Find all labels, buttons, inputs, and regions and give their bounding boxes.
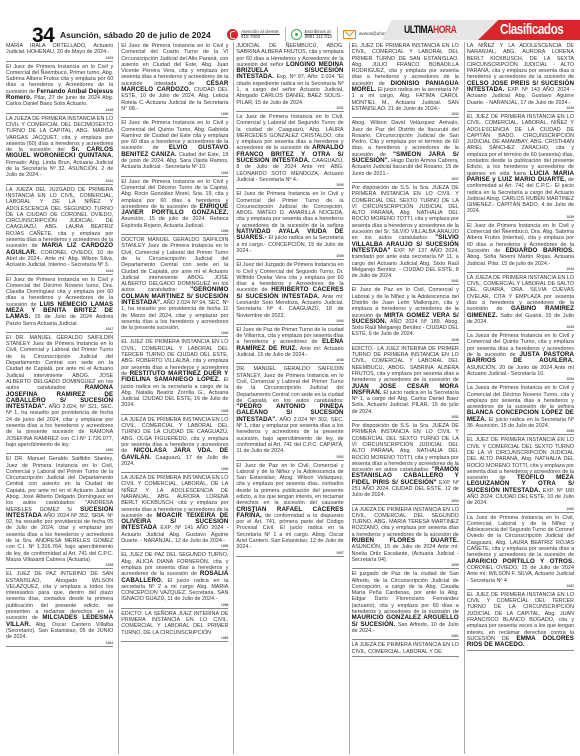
notice-code: 1047 xyxy=(6,327,113,331)
legal-notice: La Juez de Primera Instancia en lo Civil… xyxy=(236,113,343,189)
notice-body: EDICTO.- LA JUEZ INTERINA DE PRIMER TURN… xyxy=(352,346,459,383)
notice-code: 1044 xyxy=(6,269,113,273)
legal-notice: La Jueza de Primera Instancia en lo Civi… xyxy=(467,332,574,383)
legal-notice: La Juez de Primera Instancia en lo Civil… xyxy=(467,514,574,590)
legal-notice: EL JUEZ DE PRIMERA INSTANCIA EN LO CIVIL… xyxy=(467,113,574,221)
mail-icon xyxy=(343,30,356,39)
column-5: LA NIÑEZ Y LA ADOLESCENCIA DE NARANJAL, … xyxy=(464,42,576,754)
notice-code: 1062 xyxy=(467,584,574,588)
notice-code: 1033 xyxy=(121,171,228,175)
notice-code: 1038 xyxy=(6,108,113,112)
notice-body: El DR. Manuel Geraldo Saifildin Stanley,… xyxy=(6,456,113,512)
notice-code: 1044 xyxy=(467,267,574,271)
legal-notice: El DR. Manuel Geraldo Saifildin Stanley,… xyxy=(6,455,113,569)
page-header: 34 Asunción, sábado 20 de julio de 2024 … xyxy=(0,0,580,40)
legal-notice: EL JUEZ DE PRIMERA INSTANCIA EN LO CIVIL… xyxy=(352,42,459,118)
notice-signature: Firmado: Abg. Linda Brun, Actuaria Judic… xyxy=(6,160,113,179)
legal-notice: El Juez de Paz de Primer Turno de la ciu… xyxy=(236,326,343,364)
notice-code: 1046 xyxy=(352,338,459,342)
notice-signature: Abog. Sofía Noemí Martín Rojas, Actuaria… xyxy=(467,254,574,266)
column-1: MARÍA IRALA ORTELLADO, Actuario Judicial… xyxy=(4,42,115,754)
legal-notice: EL JUEZ DE PAZ DEL SEGUNDO TURNO, Abg. A… xyxy=(121,551,228,608)
legal-notice: El Juez de Primera Instancia en lo Civil… xyxy=(6,276,113,333)
legal-notice: EL JUEZ DE PRIMERA INSTANCIA EN LO CIVIL… xyxy=(121,338,228,414)
notice-code: 1060 xyxy=(467,507,574,511)
notice-body: MARÍA IRALA ORTELLADO, Actuario Judicial… xyxy=(6,43,113,55)
legal-notice: El Juez de Paz en lo Civil, Comercial y … xyxy=(236,462,343,557)
whatsapp-icon xyxy=(291,29,302,40)
notice-code: 1049 xyxy=(121,467,228,471)
legal-notice: LA JUEZA DE PRIMERA INSTANCIA EN LO CIVI… xyxy=(352,506,459,570)
legal-notice: El DR. MANUEL GERALDO SAIFILDIN STANLEY … xyxy=(6,334,113,454)
notice-code: 1031 xyxy=(236,106,343,110)
legal-notice: El Juez de Primera Instancia en lo Civil… xyxy=(236,190,343,260)
notice-code: 1034 xyxy=(467,106,574,110)
legal-notice: LA NIÑEZ Y LA ADOLESCENCIA DE NARANJAL, … xyxy=(467,42,574,112)
notice-signature: Asunción, 15 de julio de 2024. Rebeca Es… xyxy=(121,216,228,228)
notice-body: El DR. MANUEL GERALDO SAIFILDIN STANLEY … xyxy=(6,335,113,391)
notice-code: 1036 xyxy=(121,229,228,233)
notice-code: 1041 xyxy=(352,279,459,283)
legal-notice: El Juez de Primera Instancia en lo Civil… xyxy=(6,63,113,114)
notice-code: 1040 xyxy=(121,331,228,335)
notice-code: 1039 xyxy=(236,254,343,258)
notice-deceased-name: EDUARDO BARRIOS. xyxy=(505,247,574,254)
notice-body: La Jueza de Primera Instancia en lo Civi… xyxy=(467,385,574,410)
legal-notice: El Juez del Juzgado de Primera Instancia… xyxy=(236,261,343,325)
notice-body: DR. MANUEL GERALDO SAIFILDIN STANLEY, Ju… xyxy=(236,366,343,403)
notice-body: EDICTO. LA SEÑORA JUEZ INTERINA DE PRIME… xyxy=(121,611,228,636)
notice-code: 1054 xyxy=(352,499,459,503)
notice-signature: de conformidad al Art. 741 del C.P.C.- E… xyxy=(467,177,574,214)
notice-code: 1030 xyxy=(121,112,228,116)
notice-code: 1051 xyxy=(352,415,459,419)
notice-body: El Juez de Primera Instancia en lo Civil… xyxy=(236,191,343,228)
notice-body: La Juez de Primera Instancia en lo Civil… xyxy=(467,515,574,559)
notice-code: 1053 xyxy=(121,544,228,548)
notice-code: 1035 xyxy=(236,183,343,187)
legal-notice: MARÍA IRALA ORTELLADO, Actuario Judicial… xyxy=(6,42,113,62)
notice-code: 1043 xyxy=(236,319,343,323)
legal-notice: La Jueza de Primera Instancia en lo Civi… xyxy=(467,384,574,435)
logo-part2: HORA xyxy=(433,24,456,36)
notice-signature: AÑO 2.024 Nº 302, SEC. Nº 1, citar y emp… xyxy=(236,417,343,454)
notice-code: 1061 xyxy=(352,634,459,638)
phone-icon xyxy=(227,29,238,40)
notice-code: 1048 xyxy=(236,358,343,362)
notice-body: LA NIÑEZ Y LA ADOLESCENCIA DE NARANJAL, … xyxy=(467,43,574,80)
notice-code: 1042 xyxy=(6,179,113,183)
legal-notice: LA JUEZA DE PRIMERA INSTANCIA EN LO CIVI… xyxy=(467,274,574,331)
notice-code: 1037 xyxy=(352,177,459,181)
notice-code: 1032 xyxy=(352,112,459,116)
notice-code: 1039 xyxy=(467,215,574,219)
notice-code: 1058 xyxy=(121,603,228,607)
notice-code: 1056 xyxy=(467,429,574,433)
notice-body: LA JUEZA DE PRIMERA INSTANCIA EN LO CIVI… xyxy=(352,507,459,538)
legal-notice: LA JUEZA DE PRIMERA INSTANCIA EN LO CIVI… xyxy=(352,641,459,657)
legal-notice: EDICTO.- LA JUEZ INTERINA DE PRIMER TURN… xyxy=(352,345,459,421)
legal-notice: EL JUEZ DE PRIMERA INSTANCIA EN LO CIVIL… xyxy=(467,436,574,512)
legal-notice: El Juez de Paz en lo Civil, Comercial y … xyxy=(352,286,459,343)
notice-code: 1050 xyxy=(6,448,113,452)
notice-signature: AÑO 2024 Nº 352. SRIA. Nº 02, ha resuelt… xyxy=(6,513,113,563)
contact-phone-value: 415 7000 xyxy=(241,34,260,39)
legal-notice: EL JUEZ DE PAZ INTERINO DE SAN ESTANISLA… xyxy=(6,570,113,646)
notice-deceased-name: RESTITUTO MARTÍNEZ DUÉR Y FIDELINA SAMAN… xyxy=(121,370,228,383)
legal-notice: LA JUEZA DEL JUZGADO DE PRIMERA INSTANCI… xyxy=(6,186,113,275)
notice-code: 1059 xyxy=(352,563,459,567)
notice-body: EL JUEZ DE PRIMERA INSTANCIA EN LO CIVIL… xyxy=(467,114,574,177)
legal-notice: JUDICIAL DE ÑEEMBUCÚ, ABOG. SABRINA ALBE… xyxy=(236,42,343,112)
notice-body: El Juez de Paz en lo Civil, Comercial y … xyxy=(236,463,343,507)
notice-code: 1063 xyxy=(121,636,228,640)
legal-notice: El Juez de Primera Instancia en lo Civil… xyxy=(121,178,228,235)
newspaper-logo: ULTIMAHORA xyxy=(404,24,456,36)
notice-signature: ASUNCIÓN, 20 de Junio de 2024 Ante mí Ac… xyxy=(467,365,574,377)
contact-whatsapp[interactable]: Escribinos al0981 111 013 xyxy=(286,27,338,41)
notice-signature: de conformidad a lo dispuesto por el Art… xyxy=(236,513,343,550)
legal-notice: El Juez de Primera Instancia en lo Civil… xyxy=(467,222,574,273)
legal-notice: LA JUEZA DE PRIMERA INSTANCIA EN LO CIVI… xyxy=(121,416,228,473)
page-date: Asunción, sábado 20 de julio de 2024 xyxy=(60,30,211,40)
legal-notice: Abog. Wilson David Velázquez Arévalo, Ju… xyxy=(352,119,459,183)
notice-signature: CORONEL OVIEDO, 15 de Julio de 2024 Ante… xyxy=(467,565,574,584)
logo-part1: ULTIMA xyxy=(404,24,433,36)
notice-deceased-name: APARICIO PORTILLO Y OTROS. xyxy=(467,558,574,565)
legal-notice: LA JUEZA DE PRIMERA INSTANCIA EN LO CIVI… xyxy=(121,474,228,550)
notice-signature: AÑO 2.024, Nº 321, SEC. Nº 1, ha resuelt… xyxy=(6,404,113,448)
legal-notice: El Juez de Primera Instancia en lo Civil… xyxy=(121,119,228,176)
notice-code: 1057 xyxy=(236,551,343,555)
column-3: JUDICIAL DE ÑEEMBUCÚ, ABOG. SABRINA ALBE… xyxy=(233,42,345,754)
legal-notice: EDICTO. LA SEÑORA JUEZ INTERINA DE PRIME… xyxy=(121,610,228,642)
notice-code: 1054 xyxy=(467,377,574,381)
notice-body: Por disposición de S.S. la Sra. JUEZA DE… xyxy=(352,185,459,241)
notice-body: DOCTOR MANUEL GERALDO SAIFILDIN STANLEY … xyxy=(121,237,228,293)
legal-notice: DR. MANUEL GERALDO SAIFILDIN STANLEY, Ju… xyxy=(236,365,343,460)
contact-whatsapp-value: 0981 111 013 xyxy=(305,34,332,39)
notice-body: LA JUEZA DE PRIMERA INSTANCIA EN LO CIVI… xyxy=(352,642,459,654)
legal-notice: EL JUEZ DE PRIMERA INSTANCIA EN LO CIVIL… xyxy=(467,591,574,651)
notice-code: 1062 xyxy=(6,641,113,645)
legal-notice: El Juez de Primera Instancia en lo Civil… xyxy=(121,42,228,118)
contact-phone[interactable]: Atención al cliente:415 7000 xyxy=(222,27,286,41)
legal-notice: Por disposición de S.S. la Sra. JUEZA DE… xyxy=(352,422,459,505)
legal-notice: DOCTOR MANUEL GERALDO SAIFILDIN STANLEY … xyxy=(121,236,228,337)
brand-banner: ULTIMAHORA Clasificados xyxy=(382,20,580,40)
legal-notice: El juzgado de Paz de la ciudad de San Al… xyxy=(352,570,459,640)
notice-code: 1055 xyxy=(6,563,113,567)
notice-code: 1049 xyxy=(467,325,574,329)
legal-notice: Por disposición de S.S. la Sra. JUEZA DE… xyxy=(352,184,459,285)
notice-code: 1052 xyxy=(236,455,343,459)
notice-code: 1029 xyxy=(6,56,113,60)
notice-signature: ASUNCIÓN, 15 de Julio de 2024 Ante mí: N… xyxy=(352,544,459,563)
classifieds-columns: MARÍA IRALA ORTELLADO, Actuario Judicial… xyxy=(4,42,576,754)
column-2: El Juez de Primera Instancia en lo Civil… xyxy=(118,42,230,754)
notice-body: LA JUEZA DEL JUZGADO DE PRIMERA INSTANCI… xyxy=(6,187,113,250)
notice-code: 1045 xyxy=(121,409,228,413)
section-title: Clasificados xyxy=(500,21,563,38)
column-4: EL JUEZ DE PRIMERA INSTANCIA EN LO CIVIL… xyxy=(349,42,461,754)
notice-body: El juzgado de Paz de la ciudad de San Al… xyxy=(352,571,459,615)
legal-notice: LA JUEZA DE PRIMERA INSTANCIA EN LO CIVI… xyxy=(6,115,113,185)
